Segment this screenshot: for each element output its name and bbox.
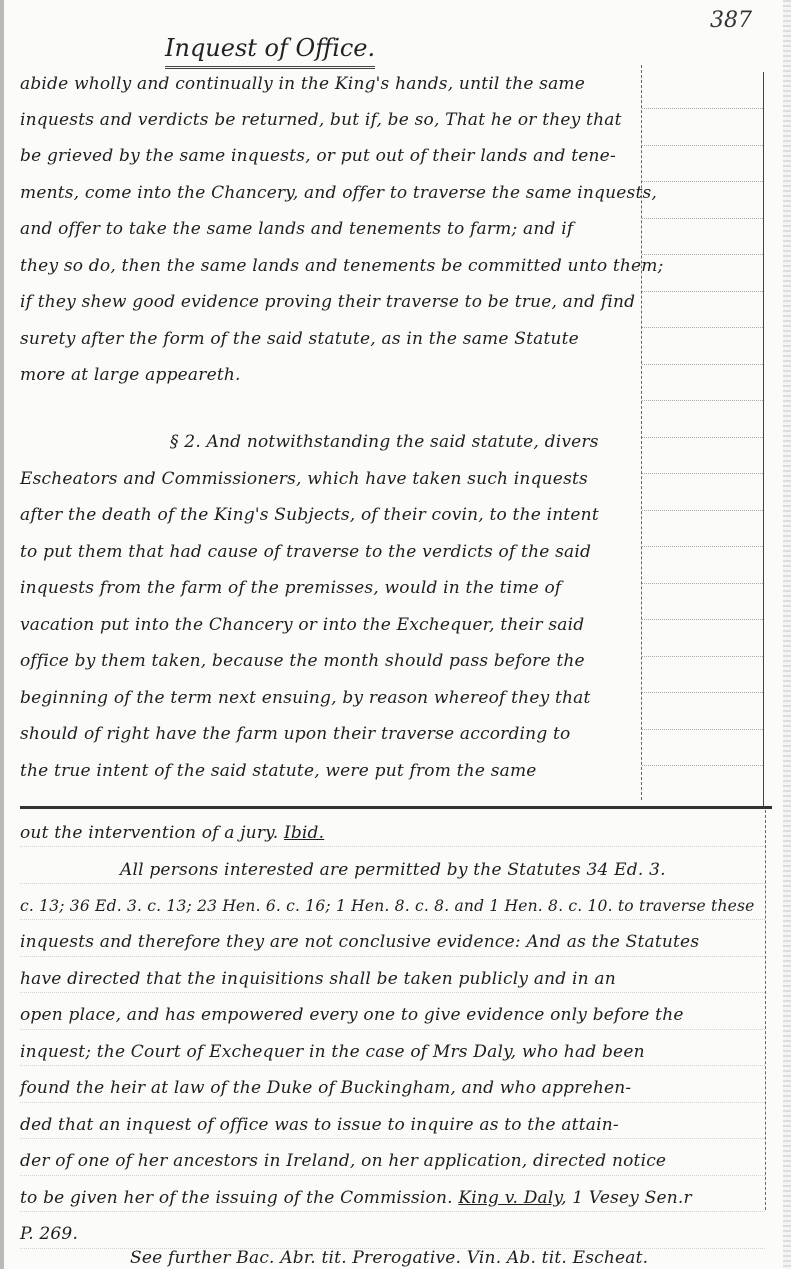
text-line: the true intent of the said statute, wer… xyxy=(20,761,537,781)
margin-rule-lower xyxy=(765,810,766,1210)
ruled-line xyxy=(642,218,763,219)
section-divider xyxy=(20,806,772,809)
text-line: All persons interested are permitted by … xyxy=(120,860,666,880)
document-page: 387 Inquest of Office. abide wholly and … xyxy=(0,0,791,1269)
text-line: open place, and has empowered every one … xyxy=(20,1005,684,1025)
ruled-line xyxy=(642,583,763,584)
text-line: office by them taken, because the month … xyxy=(20,651,585,671)
ruled-line xyxy=(20,1029,765,1030)
text-line: to put them that had cause of traverse t… xyxy=(20,542,591,562)
ruled-line xyxy=(20,1175,765,1176)
text-line: inquests and verdicts be returned, but i… xyxy=(20,110,622,130)
text-line: Escheators and Commissioners, which have… xyxy=(20,469,588,489)
text-line: they so do, then the same lands and tene… xyxy=(20,256,664,276)
text-line: and offer to take the same lands and ten… xyxy=(20,219,573,239)
ruled-line xyxy=(642,473,763,474)
margin-rule-inner xyxy=(641,65,642,800)
ruled-line xyxy=(642,108,763,109)
text-line: inquests and therefore they are not conc… xyxy=(20,932,699,952)
margin-rule-outer xyxy=(763,72,764,807)
ruled-line xyxy=(642,510,763,511)
citation-report: , 1 Vesey Sen.r xyxy=(561,1188,692,1208)
text-line: ded that an inquest of office was to iss… xyxy=(20,1115,619,1135)
text-line: inquests from the farm of the premisses,… xyxy=(20,578,561,598)
ruled-line xyxy=(20,846,765,847)
text-line: more at large appeareth. xyxy=(20,365,241,385)
ruled-line xyxy=(642,656,763,657)
ruled-line xyxy=(642,619,763,620)
text-line: have directed that the inquisitions shal… xyxy=(20,969,616,989)
ruled-line xyxy=(642,765,763,766)
text-line: should of right have the farm upon their… xyxy=(20,724,570,744)
ruled-line xyxy=(642,400,763,401)
ruled-line xyxy=(20,1102,765,1103)
text-line: after the death of the King's Subjects, … xyxy=(20,505,599,525)
ruled-line xyxy=(20,1211,765,1212)
see-further-reference: See further Bac. Abr. tit. Prerogative. … xyxy=(130,1248,648,1268)
text-fragment: out the intervention of a jury. xyxy=(20,823,278,843)
text-line: to be given her of the issuing of the Co… xyxy=(20,1188,692,1208)
ruled-line xyxy=(20,1138,765,1139)
text-line: be grieved by the same inquests, or put … xyxy=(20,146,616,166)
page-heading: Inquest of Office. xyxy=(165,34,375,69)
scan-edge-left xyxy=(0,0,4,1269)
ruled-line xyxy=(642,692,763,693)
ruled-line xyxy=(20,956,765,957)
ruled-line xyxy=(642,254,763,255)
text-fragment: to be given her of the issuing of the Co… xyxy=(20,1188,453,1208)
ruled-line xyxy=(642,145,763,146)
ruled-line xyxy=(642,729,763,730)
text-line: abide wholly and continually in the King… xyxy=(20,74,585,94)
ruled-line xyxy=(642,546,763,547)
text-line: c. 13; 36 Ed. 3. c. 13; 23 Hen. 6. c. 16… xyxy=(20,896,755,916)
ruled-line xyxy=(642,364,763,365)
ruled-line xyxy=(20,919,765,920)
citation-ibid: Ibid. xyxy=(284,823,324,843)
text-line: if they shew good evidence proving their… xyxy=(20,292,635,312)
text-line: out the intervention of a jury. Ibid. xyxy=(20,823,324,843)
section-heading-line: § 2. And notwithstanding the said statut… xyxy=(170,432,599,452)
citation-page: P. 269. xyxy=(20,1224,78,1244)
text-line: vacation put into the Chancery or into t… xyxy=(20,615,584,635)
scan-edge-right xyxy=(783,0,791,1269)
ruled-line xyxy=(642,327,763,328)
ruled-line xyxy=(20,883,765,884)
ruled-line xyxy=(642,291,763,292)
page-number: 387 xyxy=(710,8,752,33)
text-line: der of one of her ancestors in Ireland, … xyxy=(20,1151,666,1171)
text-line: ments, come into the Chancery, and offer… xyxy=(20,183,657,203)
ruled-line xyxy=(642,181,763,182)
ruled-line xyxy=(642,437,763,438)
text-line: beginning of the term next ensuing, by r… xyxy=(20,688,591,708)
text-line: surety after the form of the said statut… xyxy=(20,329,579,349)
text-line: found the heir at law of the Duke of Buc… xyxy=(20,1078,631,1098)
ruled-line xyxy=(20,1065,765,1066)
text-line: inquest; the Court of Exchequer in the c… xyxy=(20,1042,645,1062)
ruled-line xyxy=(20,992,765,993)
citation-case: King v. Daly xyxy=(458,1188,561,1208)
